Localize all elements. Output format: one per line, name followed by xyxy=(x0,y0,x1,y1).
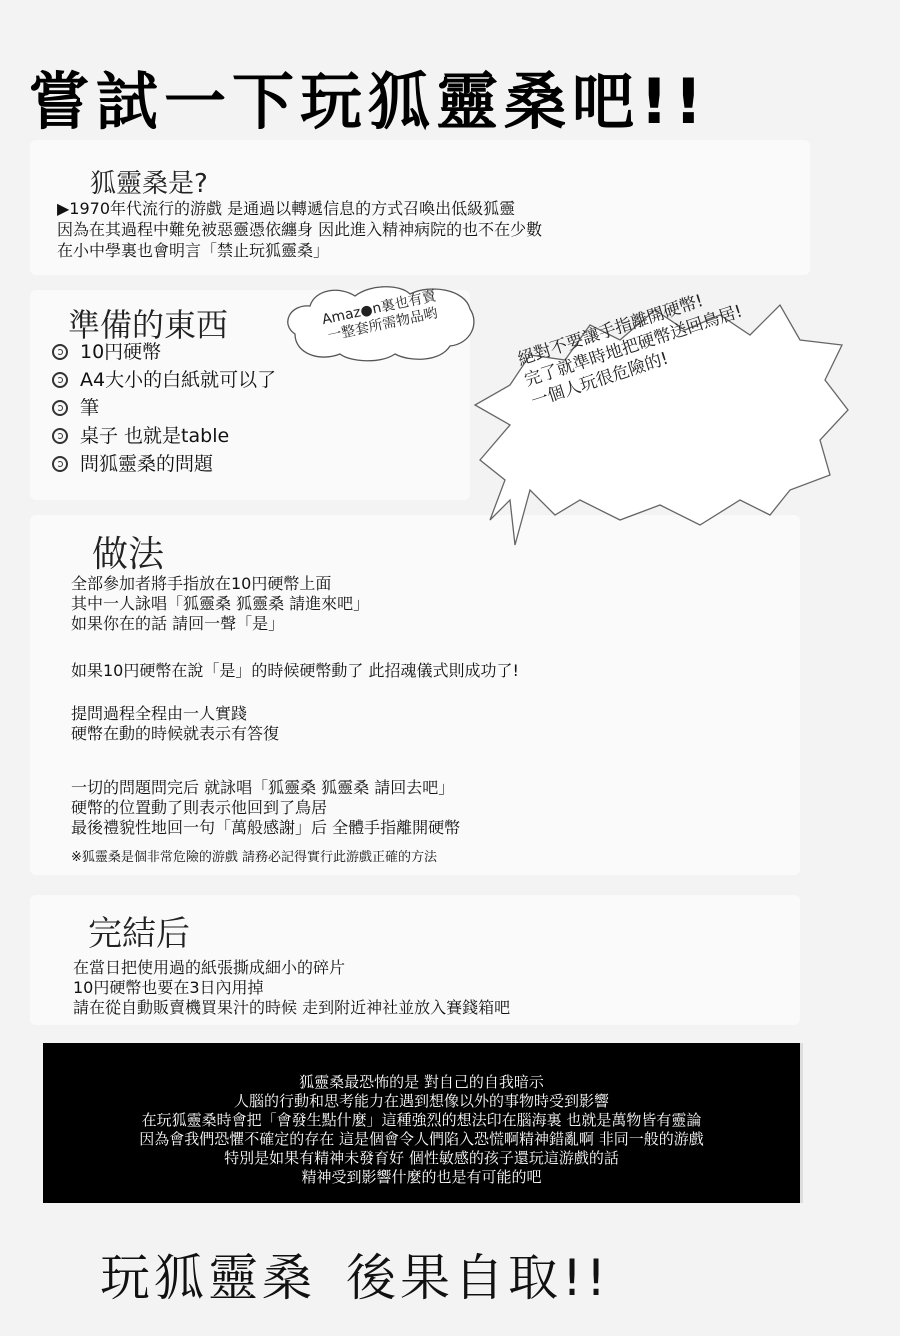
note-line: 狐靈桑最恐怖的是 對自己的自我暗示 xyxy=(43,1073,800,1092)
method-line: 其中一人詠唱「狐靈桑 狐靈桑 請進來吧」 xyxy=(71,594,369,614)
section-heading-what: 狐靈桑是? xyxy=(90,163,208,200)
method-line: 硬幣在動的時候就表示有答復 xyxy=(71,724,279,744)
footer-slogan: 玩狐靈桑後果自取!! xyxy=(100,1238,610,1310)
note-line: 特別是如果有精神未發育好 個性敏感的孩子還玩這游戲的話 xyxy=(43,1149,800,1168)
method-line: 全部參加者將手指放在10円硬幣上面 xyxy=(71,574,369,594)
method-paragraph-3: 提問過程全程由一人實踐 硬幣在動的時候就表示有答復 xyxy=(71,704,279,744)
heading-text: 狐靈桑是? xyxy=(90,169,208,199)
note-box: 狐靈桑最恐怖的是 對自己的自我暗示 人腦的行動和思考能力在遇到想像以外的事物時受… xyxy=(43,1043,803,1203)
heading-text: 完結后 xyxy=(88,914,190,954)
after-line: 請在從自動販賣機買果汁的時候 走到附近神社並放入賽錢箱吧 xyxy=(73,998,510,1018)
method-caution: ※狐靈桑是個非常危險的游戲 請務必記得實行此游戲正確的方法 xyxy=(71,848,437,868)
list-item-text: 10円硬幣 xyxy=(80,339,161,365)
method-line: 一切的問題問完后 就詠唱「狐靈桑 狐靈桑 請回去吧」 xyxy=(71,778,460,798)
footer-part2: 後果自取!! xyxy=(346,1249,610,1307)
what-line: ▶1970年代流行的游戲 是通過以轉遞信息的方式召喚出低級狐靈 xyxy=(57,198,542,219)
list-item-text: A4大小的白紙就可以了 xyxy=(80,367,276,393)
page-title: 嘗試一下玩狐靈桑吧!! xyxy=(28,52,868,141)
list-item: 10円硬幣 xyxy=(52,338,276,366)
list-item: 問狐靈桑的問題 xyxy=(52,450,276,478)
after-line: 在當日把使用過的紙張撕成細小的碎片 xyxy=(73,958,510,978)
note-line: 精神受到影響什麼的也是有可能的吧 xyxy=(43,1168,800,1187)
what-paragraph: ▶1970年代流行的游戲 是通過以轉遞信息的方式召喚出低級狐靈 因為在其過程中難… xyxy=(57,198,542,261)
method-line: 硬幣的位置動了則表示他回到了鳥居 xyxy=(71,798,460,818)
swirl-bullet-icon xyxy=(52,372,68,388)
method-paragraph-4: 一切的問題問完后 就詠唱「狐靈桑 狐靈桑 請回去吧」 硬幣的位置動了則表示他回到… xyxy=(71,778,460,838)
list-item-text: 桌子 也就是table xyxy=(80,423,229,449)
list-item: A4大小的白紙就可以了 xyxy=(52,366,276,394)
list-item: 桌子 也就是table xyxy=(52,422,276,450)
section-heading-method: 做法 xyxy=(92,526,164,577)
note-line: 因為會我們恐懼不確定的存在 這是個會令人們陷入恐慌啊精神錯亂啊 非同一般的游戲 xyxy=(43,1130,800,1149)
what-line: 在小中學裏也會明言「禁止玩狐靈桑」 xyxy=(57,240,542,261)
after-paragraph: 在當日把使用過的紙張撕成細小的碎片 10円硬幣也要在3日內用掉 請在從自動販賣機… xyxy=(73,958,510,1018)
prepare-list: 10円硬幣 A4大小的白紙就可以了 筆 桌子 也就是table 問狐靈桑的問題 xyxy=(52,338,276,478)
method-line: 提問過程全程由一人實踐 xyxy=(71,704,279,724)
heading-text: 做法 xyxy=(92,534,164,575)
method-line: 最後禮貌性地回一句「萬般感謝」后 全體手指離開硬幣 xyxy=(71,818,460,838)
note-line: 人腦的行動和思考能力在遇到想像以外的事物時受到影響 xyxy=(43,1092,800,1111)
what-line: 因為在其過程中難免被惡靈憑依纏身 因此進入精神病院的也不在少數 xyxy=(57,219,542,240)
list-item-text: 筆 xyxy=(80,395,99,421)
method-line: 如果10円硬幣在說「是」的時候硬幣動了 此招魂儀式則成功了! xyxy=(71,661,519,681)
section-heading-after: 完結后 xyxy=(88,906,190,955)
note-line: 在玩狐靈桑時會把「會發生點什麼」這種強烈的想法印在腦海裏 也就是萬物皆有靈論 xyxy=(43,1111,800,1130)
swirl-bullet-icon xyxy=(52,456,68,472)
swirl-bullet-icon xyxy=(52,428,68,444)
method-line: 如果你在的話 請回一聲「是」 xyxy=(71,614,369,634)
list-item: 筆 xyxy=(52,394,276,422)
swirl-bullet-icon xyxy=(52,400,68,416)
method-paragraph-1: 全部參加者將手指放在10円硬幣上面 其中一人詠唱「狐靈桑 狐靈桑 請進來吧」 如… xyxy=(71,574,369,634)
footer-part1: 玩狐靈桑 xyxy=(100,1249,316,1307)
method-paragraph-2: 如果10円硬幣在說「是」的時候硬幣動了 此招魂儀式則成功了! xyxy=(71,661,519,681)
list-item-text: 問狐靈桑的問題 xyxy=(80,451,213,477)
after-line: 10円硬幣也要在3日內用掉 xyxy=(73,978,510,998)
swirl-bullet-icon xyxy=(52,344,68,360)
